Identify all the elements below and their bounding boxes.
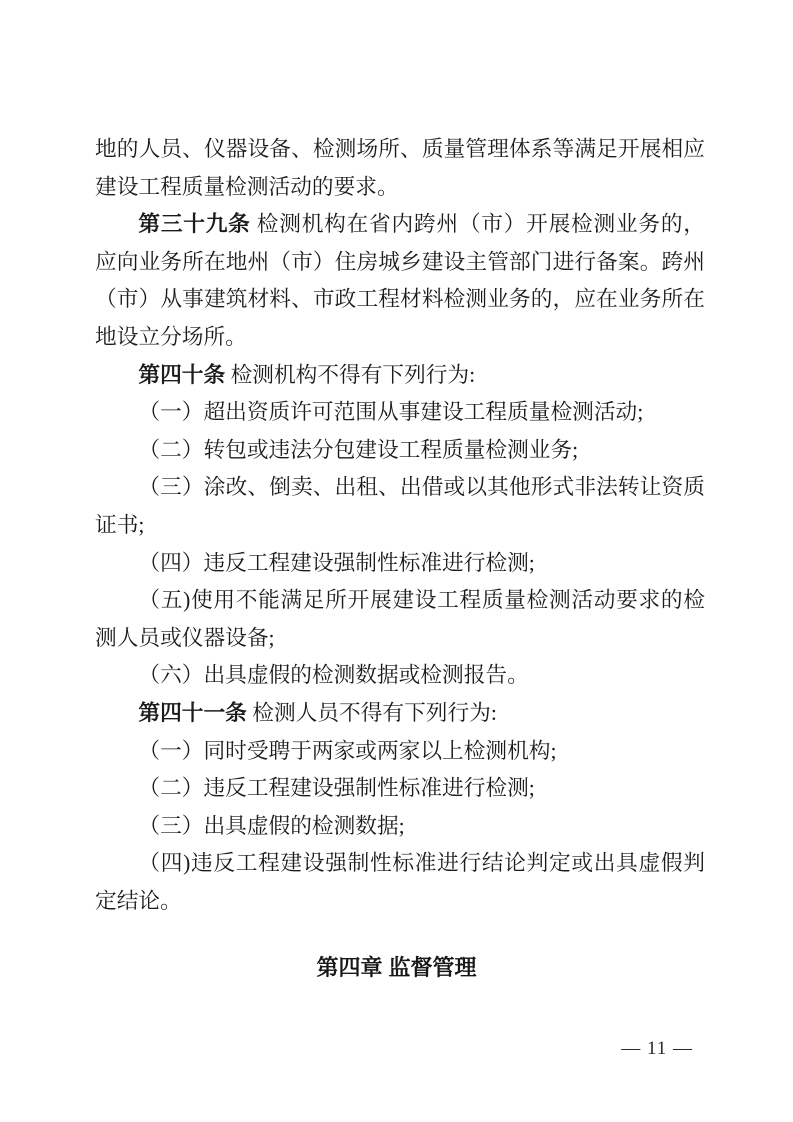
line-text: 检测人员不得有下列行为: [247, 701, 497, 725]
chapter-heading: 第四章 监督管理 [0, 952, 793, 984]
line-text: （市）从事建筑材料、市政工程材料检测业务的，应在业务所在 [95, 287, 705, 311]
text-line: （五)使用不能满足所开展建设工程质量检测活动要求的检 [95, 582, 705, 620]
text-line: 第四十一条 检测人员不得有下列行为: [95, 695, 705, 733]
text-line: 证书; [95, 507, 705, 545]
line-text: 地设立分场所。 [95, 325, 247, 349]
line-text: （二）转包或违法分包建设工程质量检测业务; [138, 438, 578, 462]
text-line: 第四十条 检测机构不得有下列行为: [95, 357, 705, 395]
text-line: （二）违反工程建设强制性标准进行检测; [95, 770, 705, 808]
text-line: （三）出具虚假的检测数据; [95, 808, 705, 846]
text-line: （六）出具虚假的检测数据或检测报告。 [95, 657, 705, 695]
line-text: （一）超出资质许可范围从事建设工程质量检测活动; [138, 400, 643, 424]
text-line: （二）转包或违法分包建设工程质量检测业务; [95, 432, 705, 470]
line-text: 检测机构不得有下列行为: [225, 363, 475, 387]
line-text: 应向业务所在地州（市）住房城乡建设主管部门进行备案。跨州 [95, 250, 705, 274]
text-line: 应向业务所在地州（市）住房城乡建设主管部门进行备案。跨州 [95, 244, 705, 282]
text-line: （四)违反工程建设强制性标准进行结论判定或出具虚假判 [95, 845, 705, 883]
text-line: 第三十九条 检测机构在省内跨州（市）开展检测业务的， [95, 206, 705, 244]
line-text: 地的人员、仪器设备、检测场所、质量管理体系等满足开展相应 [95, 137, 705, 161]
text-line: （一）同时受聘于两家或两家以上检测机构; [95, 733, 705, 771]
line-text: 测人员或仪器设备; [95, 626, 275, 650]
line-text: （一）同时受聘于两家或两家以上检测机构; [138, 739, 556, 763]
text-line: （四）违反工程建设强制性标准进行检测; [95, 545, 705, 583]
article-number: 第四十一条 [138, 701, 246, 725]
text-line: （市）从事建筑材料、市政工程材料检测业务的，应在业务所在 [95, 281, 705, 319]
line-text: （四)违反工程建设强制性标准进行结论判定或出具虚假判 [138, 851, 705, 875]
text-line: 定结论。 [95, 883, 705, 921]
line-text: （六）出具虚假的检测数据或检测报告。 [138, 663, 528, 687]
text-line: 地设立分场所。 [95, 319, 705, 357]
line-text: 建设工程质量检测活动的要求。 [95, 175, 399, 199]
line-text: （二）违反工程建设强制性标准进行检测; [138, 776, 534, 800]
text-line: （一）超出资质许可范围从事建设工程质量检测活动; [95, 394, 705, 432]
document-body: 地的人员、仪器设备、检测场所、质量管理体系等满足开展相应建设工程质量检测活动的要… [95, 131, 705, 920]
line-text: （三）出具虚假的检测数据; [138, 814, 404, 838]
line-text: （三）涂改、倒卖、出租、出借或以其他形式非法转让资质 [138, 475, 705, 499]
text-line: 地的人员、仪器设备、检测场所、质量管理体系等满足开展相应 [95, 131, 705, 169]
article-number: 第三十九条 [138, 212, 250, 236]
text-line: 建设工程质量检测活动的要求。 [95, 169, 705, 207]
document-page: 地的人员、仪器设备、检测场所、质量管理体系等满足开展相应建设工程质量检测活动的要… [0, 0, 793, 1122]
line-text: 检测机构在省内跨州（市）开展检测业务的， [251, 212, 705, 236]
text-line: 测人员或仪器设备; [95, 620, 705, 658]
line-text: （四）违反工程建设强制性标准进行检测; [138, 551, 534, 575]
text-line: （三）涂改、倒卖、出租、出借或以其他形式非法转让资质 [95, 469, 705, 507]
article-number: 第四十条 [138, 363, 225, 387]
line-text: （五)使用不能满足所开展建设工程质量检测活动要求的检 [138, 588, 705, 612]
line-text: 证书; [95, 513, 144, 537]
line-text: 定结论。 [95, 889, 182, 913]
page-number: — 11 — [621, 1036, 693, 1062]
